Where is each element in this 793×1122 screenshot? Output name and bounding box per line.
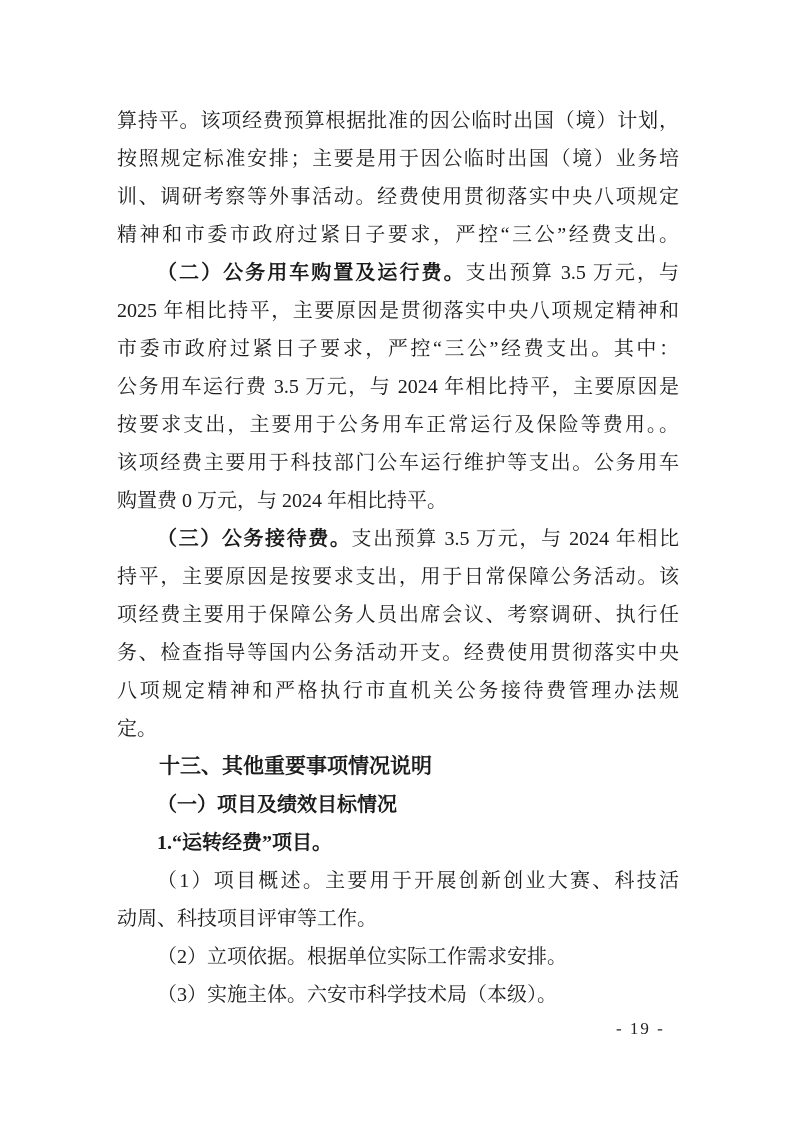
item-heading: 1.“运转经费”项目。 bbox=[117, 824, 679, 862]
paragraph-lead-bold: （三）公务接待费。 bbox=[157, 528, 351, 550]
paragraph-lead-bold: （二）公务用车购置及运行费。 bbox=[157, 262, 466, 284]
paragraph-reception: （三）公务接待费。支出预算 3.5 万元，与 2024 年相比 持平，主要原因是… bbox=[117, 520, 679, 748]
text-line: 按要求支出，主要用于公务用车正常运行及保险等费用。。 bbox=[117, 406, 679, 444]
text-line: 八项规定精神和严格执行市直机关公务接待费管理办法规 bbox=[117, 672, 679, 710]
text-line: （三）公务接待费。支出预算 3.5 万元，与 2024 年相比 bbox=[117, 520, 679, 558]
text-line: 动周、科技项目评审等工作。 bbox=[117, 900, 679, 938]
text-line: 该项经费主要用于科技部门公车运行维护等支出。公务用车 bbox=[117, 444, 679, 482]
text-line: （2）立项依据。根据单位实际工作需求安排。 bbox=[117, 938, 679, 976]
text-line: 务、检查指导等国内公务活动开支。经费使用贯彻落实中央 bbox=[117, 634, 679, 672]
text-line: （二）公务用车购置及运行费。支出预算 3.5 万元，与 bbox=[117, 254, 679, 292]
text-line: 按照规定标准安排；主要是用于因公临时出国（境）业务培 bbox=[117, 140, 679, 178]
text-line: 项经费主要用于保障公务人员出席会议、考察调研、执行任 bbox=[117, 596, 679, 634]
text-line: （3）实施主体。六安市科学技术局（本级）。 bbox=[117, 976, 679, 1014]
text-line: 公务用车运行费 3.5 万元，与 2024 年相比持平，主要原因是 bbox=[117, 368, 679, 406]
text-line: 购置费 0 万元，与 2024 年相比持平。 bbox=[117, 482, 679, 520]
paragraph-vehicle: （二）公务用车购置及运行费。支出预算 3.5 万元，与 2025 年相比持平，主… bbox=[117, 254, 679, 520]
text-line: 定。 bbox=[117, 710, 679, 748]
document-page: 算持平。该项经费预算根据批准的因公临时出国（境）计划， 按照规定标准安排；主要是… bbox=[0, 0, 793, 1122]
sub-heading: （一）项目及绩效目标情况 bbox=[117, 786, 679, 824]
section-heading: 十三、其他重要事项情况说明 bbox=[117, 748, 679, 786]
paragraph-overview: （1）项目概述。主要用于开展创新创业大赛、科技活 动周、科技项目评审等工作。 bbox=[117, 862, 679, 938]
text-line: 市委市政府过紧日子要求，严控“三公”经费支出。其中： bbox=[117, 330, 679, 368]
paragraph-lead-rest: 支出预算 3.5 万元，与 bbox=[466, 262, 679, 284]
text-line: （1）项目概述。主要用于开展创新创业大赛、科技活 bbox=[117, 862, 679, 900]
text-line: 训、调研考察等外事活动。经费使用贯彻落实中央八项规定 bbox=[117, 178, 679, 216]
paragraph-lead-rest: 支出预算 3.5 万元，与 2024 年相比 bbox=[351, 528, 679, 550]
page-number: - 19 - bbox=[616, 1019, 665, 1039]
text-line: 持平，主要原因是按要求支出，用于日常保障公务活动。该 bbox=[117, 558, 679, 596]
text-line: 精神和市委市政府过紧日子要求，严控“三公”经费支出。 bbox=[117, 216, 679, 254]
text-line: 2025 年相比持平，主要原因是贯彻落实中央八项规定精神和 bbox=[117, 292, 679, 330]
document-text-block: 算持平。该项经费预算根据批准的因公临时出国（境）计划， 按照规定标准安排；主要是… bbox=[117, 102, 679, 1014]
text-line: 算持平。该项经费预算根据批准的因公临时出国（境）计划， bbox=[117, 102, 679, 140]
paragraph-abroad-tail: 算持平。该项经费预算根据批准的因公临时出国（境）计划， 按照规定标准安排；主要是… bbox=[117, 102, 679, 254]
